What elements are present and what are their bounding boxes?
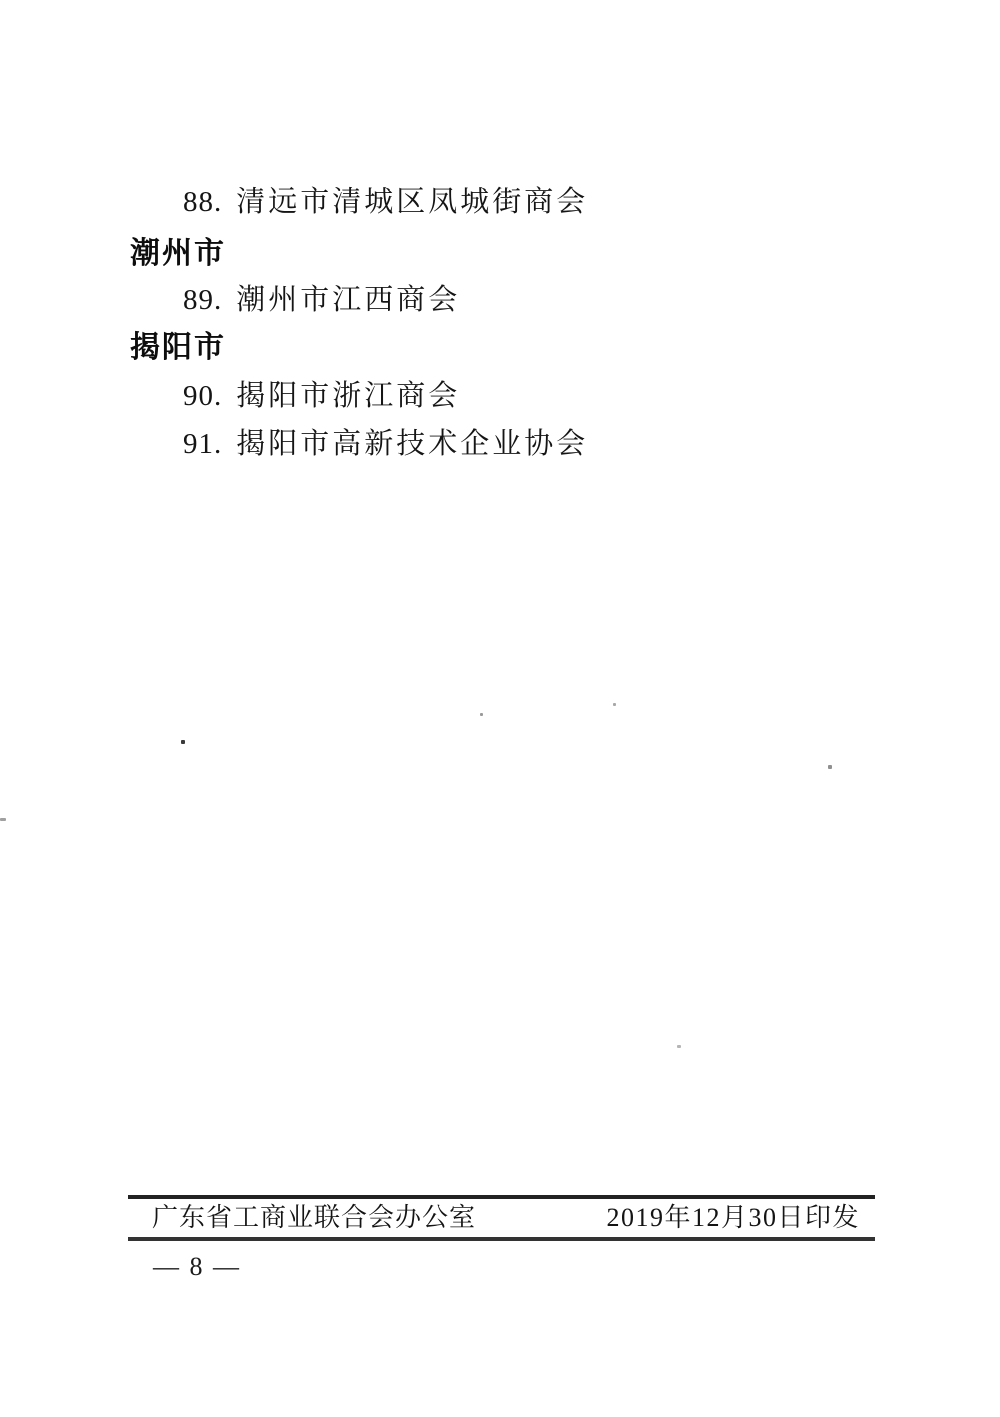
- list-item-label: 揭阳市浙江商会: [236, 380, 460, 412]
- list-item-number: 88.: [183, 187, 222, 217]
- list-item-91: 91.揭阳市高新技术企业协会: [183, 429, 588, 459]
- list-item-number: 91.: [183, 429, 222, 459]
- list-item-label: 潮州市江西商会: [236, 284, 460, 316]
- scan-speck: [0, 818, 6, 821]
- document-page: 88.清远市清城区凤城街商会 潮州市 89.潮州市江西商会 揭阳市 90.揭阳市…: [0, 0, 1000, 1417]
- scan-speck: [480, 713, 483, 716]
- list-item-89: 89.潮州市江西商会: [183, 285, 460, 315]
- footer-top-rule: [128, 1195, 875, 1199]
- scan-speck: [828, 765, 832, 769]
- page-number: — 8 —: [153, 1253, 241, 1281]
- list-item-90: 90.揭阳市浙江商会: [183, 381, 460, 411]
- footer-issuer: 广东省工商业联合会办公室: [152, 1204, 476, 1232]
- scan-speck: [181, 740, 185, 744]
- footer-bottom-rule: [128, 1237, 875, 1241]
- list-item-label: 揭阳市高新技术企业协会: [236, 428, 588, 460]
- list-item-88: 88.清远市清城区凤城街商会: [183, 187, 588, 217]
- scan-speck: [613, 703, 616, 706]
- section-heading-chaozhou: 潮州市: [130, 238, 226, 269]
- list-item-number: 89.: [183, 285, 222, 315]
- list-item-number: 90.: [183, 381, 222, 411]
- list-item-label: 清远市清城区凤城街商会: [236, 186, 588, 218]
- section-heading-jieyang: 揭阳市: [130, 332, 226, 363]
- footer-print-date: 2019年12月30日印发: [606, 1204, 860, 1232]
- scan-speck: [677, 1045, 681, 1048]
